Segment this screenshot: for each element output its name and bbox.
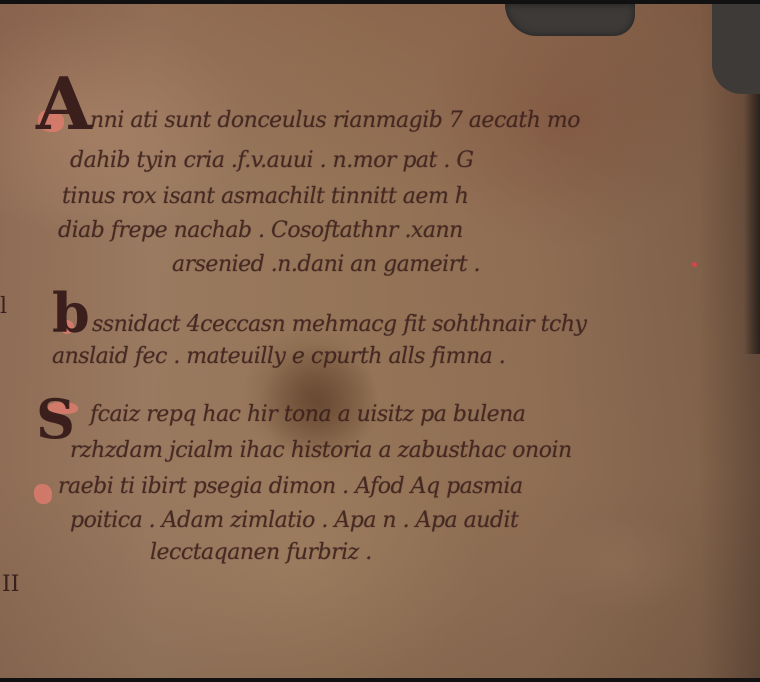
red-dot	[692, 262, 697, 267]
damaged-hole	[505, 4, 635, 36]
text-line: tinus rox isant asmachilt tinnitt aem h	[62, 184, 468, 209]
page-edge	[744, 94, 760, 354]
initial-a: A	[36, 68, 92, 140]
text-line: arsenied .n.dani an gameirt .	[172, 252, 480, 277]
text-line: lecctaqanen furbriz .	[150, 540, 372, 565]
manuscript-page: A nni ati sunt donceulus rianmagib 7 aec…	[0, 4, 760, 678]
text-line: fcaiz repq hac hir tona a uisitz pa bule…	[90, 402, 525, 427]
text-line: diab frepe nachab . Cosoftathnr .xann	[58, 218, 463, 243]
text-line: raebi ti ibirt psegia dimon . Afod Aq pa…	[58, 474, 523, 499]
margin-mark: II	[2, 572, 19, 597]
text-line: anslaid fec . mateuilly e cpurth alls fi…	[52, 344, 505, 369]
damaged-corner	[712, 4, 760, 94]
text-line: rzhzdam jcialm ihac historia a zabusthac…	[70, 438, 572, 463]
margin-mark: l	[0, 294, 7, 319]
text-line: dahib tyin cria .f.v.auui . n.mor pat . …	[70, 148, 473, 173]
initial-b: b	[52, 286, 90, 340]
text-line: ssnidact 4ceccasn mehmacg fit sohthnair …	[92, 312, 586, 337]
bottom-border	[0, 678, 760, 682]
rubric-fill-a2	[34, 484, 52, 504]
text-line: poitica . Adam zimlatio . Apa n . Apa au…	[70, 508, 518, 533]
parchment-background	[0, 4, 760, 678]
text-line: nni ati sunt donceulus rianmagib 7 aecat…	[90, 108, 580, 133]
